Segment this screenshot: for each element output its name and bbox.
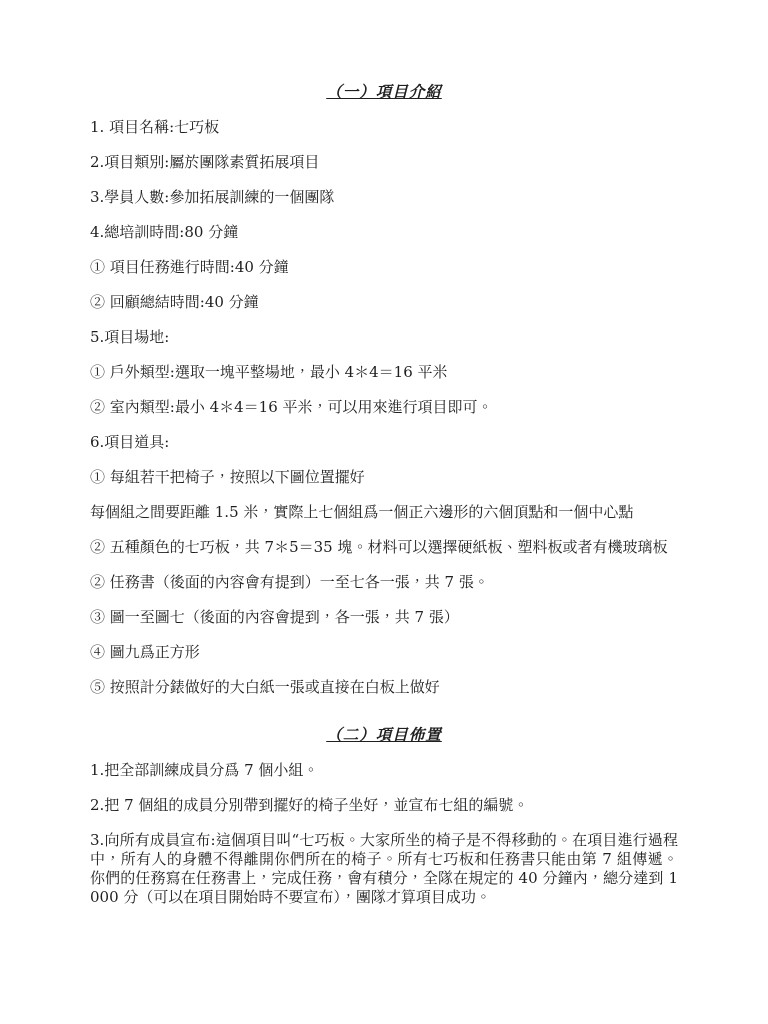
para-review-time: ② 回顧總結時間:40 分鐘	[90, 293, 678, 312]
para-props-chairs: ① 每組若干把椅子，按照以下圖位置擺好	[90, 468, 678, 487]
para-setup-groups: 1.把全部訓練成員分爲 7 個小組。	[90, 761, 678, 780]
document-page: （一）項目介紹 1. 項目名稱:七巧板 2.項目類別:屬於團隊素質拓展項目 3.…	[0, 0, 768, 1024]
para-total-time: 4.總培訓時間:80 分鐘	[90, 223, 678, 242]
para-props-figure-nine: ④ 圖九爲正方形	[90, 643, 678, 662]
para-props-spacing-note: 每個組之間要距離 1.5 米，實際上七個組爲一個正六邊形的六個頂點和一個中心點	[90, 503, 678, 522]
section-2-heading-row: （二）項目佈置	[90, 725, 678, 744]
para-setup-announcement: 3.向所有成員宣布:這個項目叫“七巧板。大家所坐的椅子是不得移動的。在項目進行過…	[90, 831, 678, 907]
para-venue-header: 5.項目場地:	[90, 328, 678, 347]
para-props-tangrams: ② 五種顏色的七巧板，共 7＊5＝35 塊。材料可以選擇硬紙板、塑料板或者有機玻…	[90, 538, 678, 557]
para-venue-outdoor: ① 戶外類型:選取一塊平整場地，最小 4＊4＝16 平米	[90, 363, 678, 382]
para-project-name: 1. 項目名稱:七巧板	[90, 118, 678, 137]
section-1-title: （一）項目介紹	[320, 82, 448, 101]
para-project-category: 2.項目類別:屬於團隊素質拓展項目	[90, 153, 678, 172]
para-props-task-sheets: ② 任務書（後面的內容會有提到）一至七各一張，共 7 張。	[90, 573, 678, 592]
para-task-time: ① 項目任務進行時間:40 分鐘	[90, 258, 678, 277]
para-props-header: 6.項目道具:	[90, 433, 678, 452]
section-1-heading-row: （一）項目介紹	[90, 82, 678, 101]
para-setup-seating: 2.把 7 個組的成員分別帶到擺好的椅子坐好，並宣布七組的編號。	[90, 796, 678, 815]
section-2-title: （二）項目佈置	[320, 725, 448, 744]
para-venue-indoor: ② 室內類型:最小 4＊4＝16 平米，可以用來進行項目即可。	[90, 398, 678, 417]
para-props-scoreboard: ⑤ 按照計分錶做好的大白紙一張或直接在白板上做好	[90, 678, 678, 697]
para-props-figures: ③ 圖一至圖七（後面的內容會提到，各一張，共 7 張）	[90, 608, 678, 627]
para-trainee-count: 3.學員人數:參加拓展訓練的一個團隊	[90, 188, 678, 207]
